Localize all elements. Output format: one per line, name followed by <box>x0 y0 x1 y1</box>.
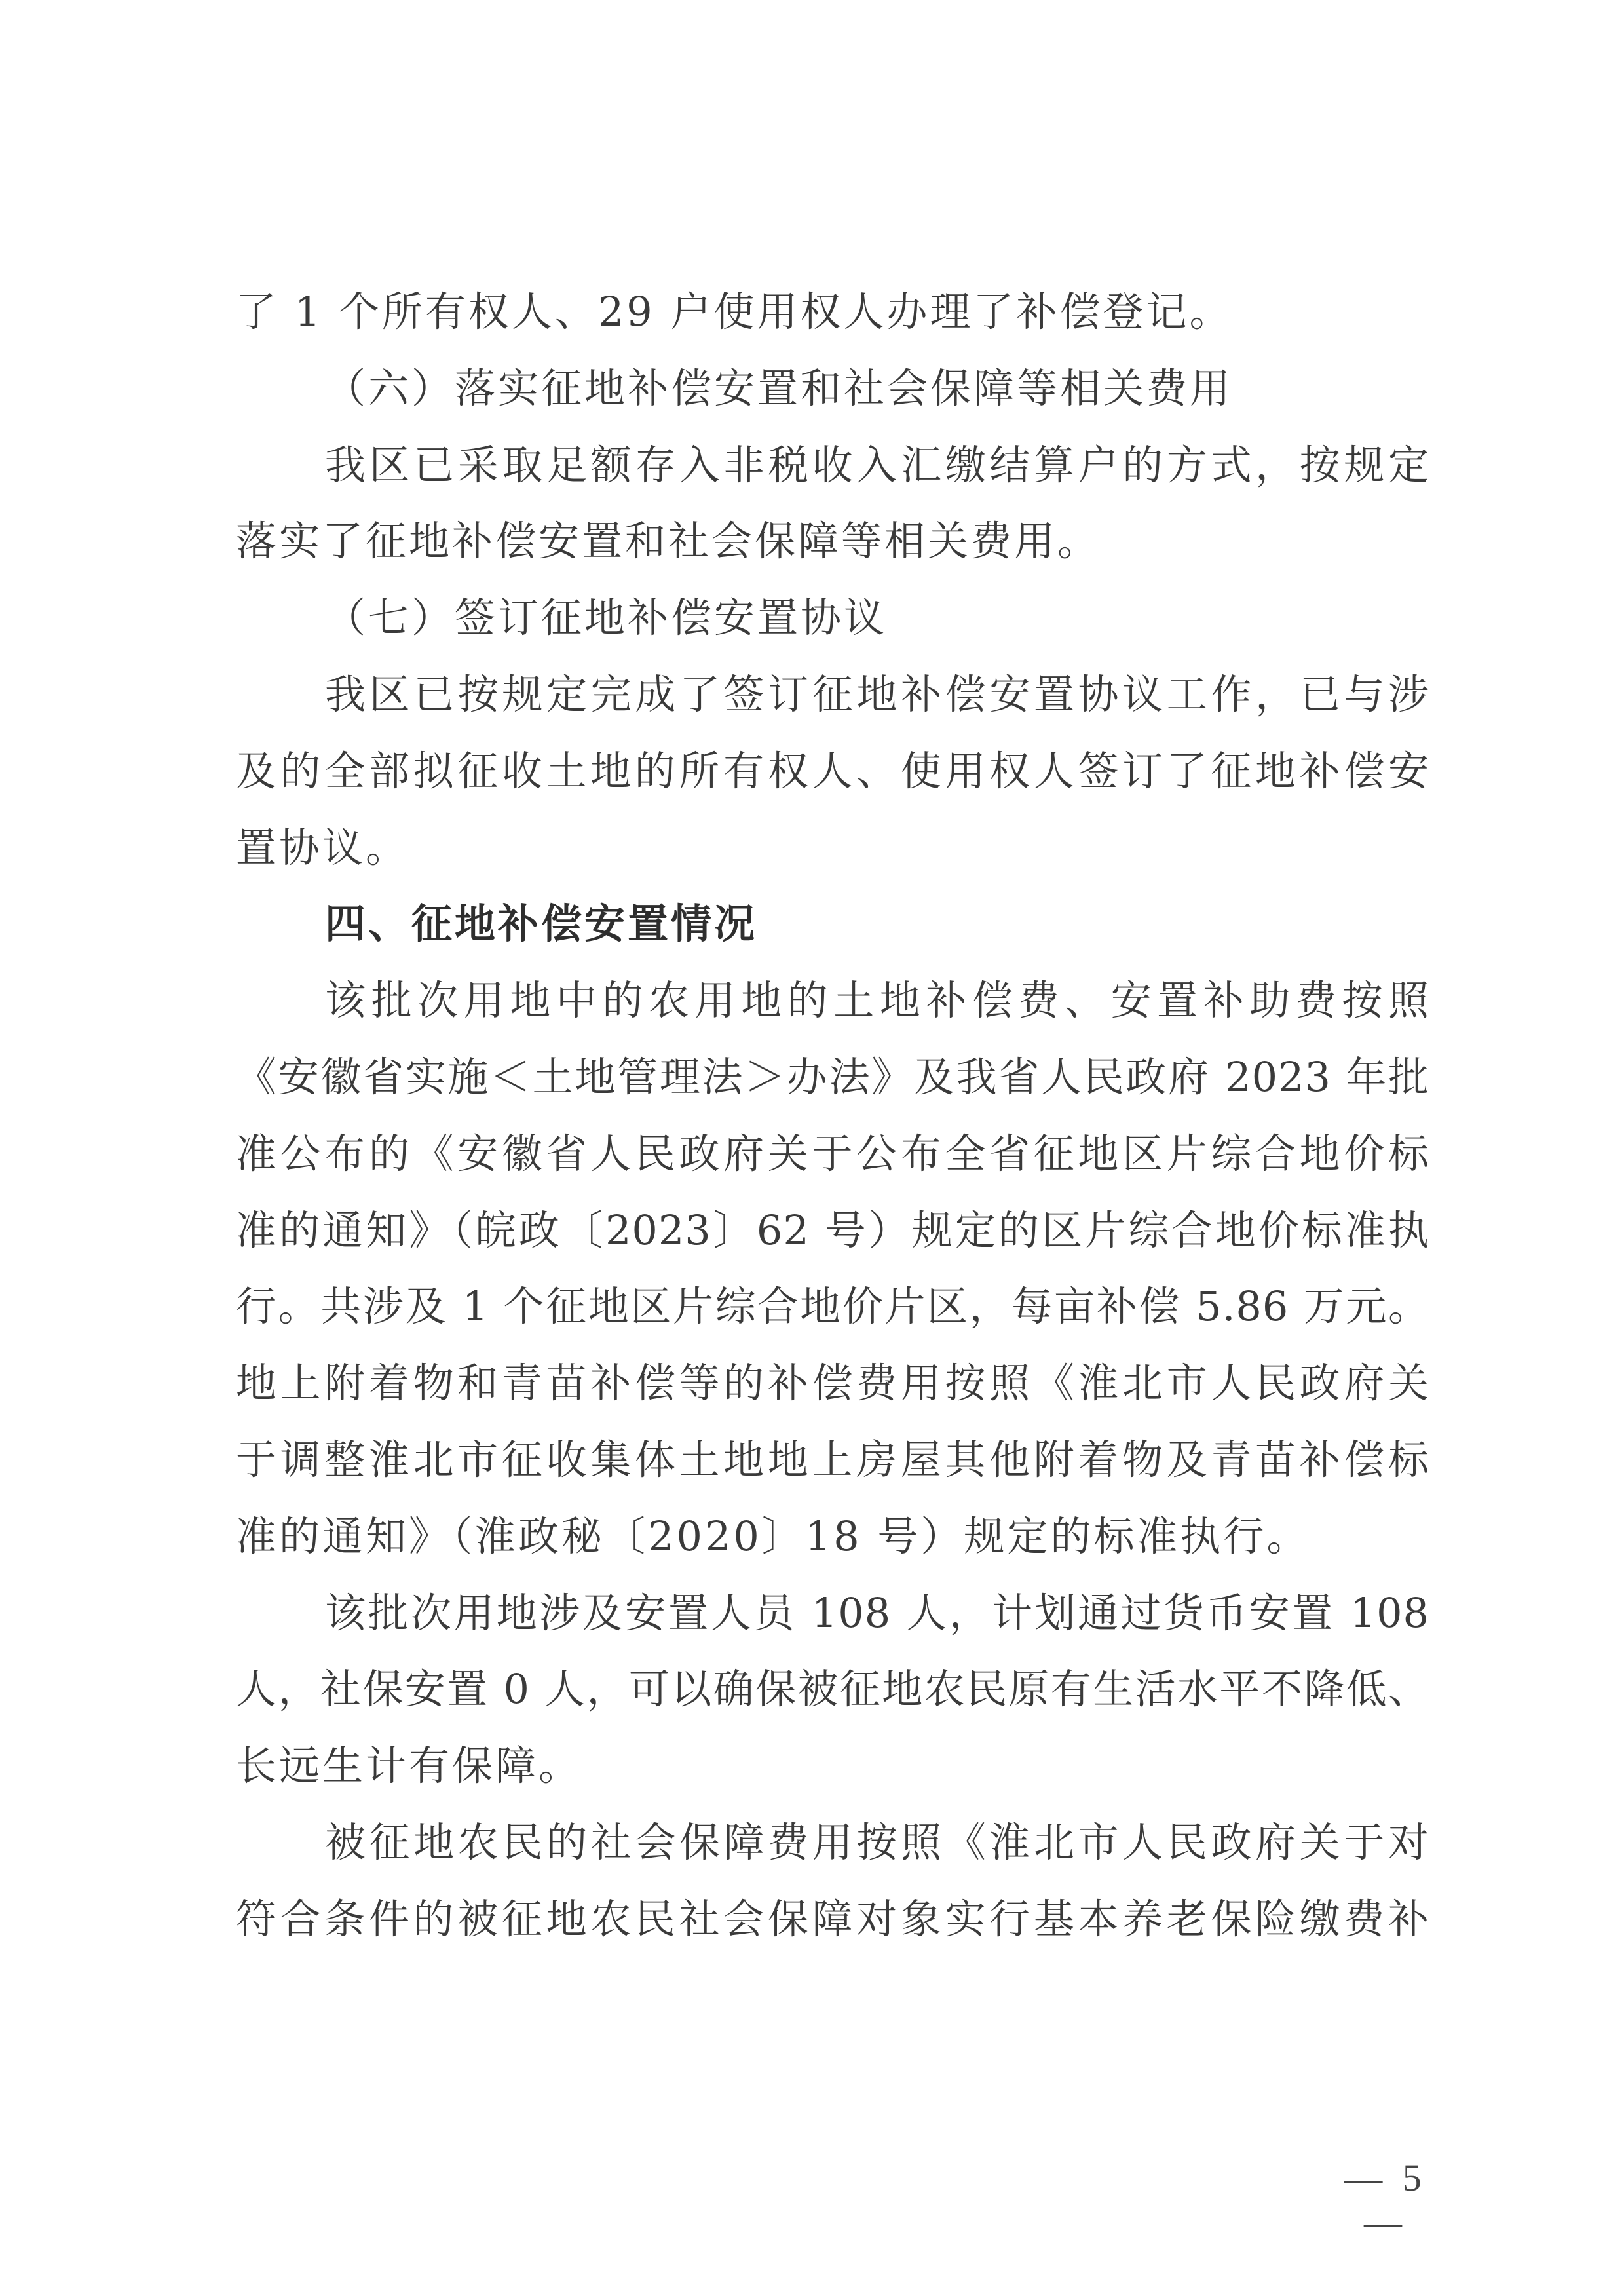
paragraph-line: 准的通知》（淮政秘〔2020〕18 号）规定的标准执行。 <box>236 1499 1429 1575</box>
document-body: 了 1 个所有权人、29 户使用权人办理了补偿登记。 （六）落实征地补偿安置和社… <box>236 274 1429 1958</box>
section-heading: 四、征地补偿安置情况 <box>236 886 1429 963</box>
paragraph-line: 被征地农民的社会保障费用按照《淮北市人民政府关于对 <box>236 1805 1429 1881</box>
paragraph-line: 《安徽省实施＜土地管理法＞办法》及我省人民政府 2023 年批 <box>236 1039 1429 1116</box>
paragraph-line: 置协议。 <box>236 810 1429 887</box>
subheading-six: （六）落实征地补偿安置和社会保障等相关费用 <box>236 351 1429 427</box>
paragraph-line: 我区已采取足额存入非税收入汇缴结算户的方式，按规定 <box>236 427 1429 504</box>
paragraph-line: 落实了征地补偿安置和社会保障等相关费用。 <box>236 503 1429 580</box>
paragraph-line: 地上附着物和青苗补偿等的补偿费用按照《淮北市人民政府关 <box>236 1345 1429 1422</box>
paragraph-line: 人，社保安置 0 人，可以确保被征地农民原有生活水平不降低、 <box>236 1651 1429 1728</box>
paragraph-line: 了 1 个所有权人、29 户使用权人办理了补偿登记。 <box>236 274 1429 351</box>
paragraph-line: 符合条件的被征地农民社会保障对象实行基本养老保险缴费补 <box>236 1881 1429 1958</box>
paragraph-line: 准公布的《安徽省人民政府关于公布全省征地区片综合地价标 <box>236 1116 1429 1193</box>
paragraph-line: 我区已按规定完成了签订征地补偿安置协议工作，已与涉 <box>236 657 1429 733</box>
subheading-seven: （七）签订征地补偿安置协议 <box>236 580 1429 657</box>
paragraph-line: 长远生计有保障。 <box>236 1728 1429 1805</box>
paragraph-line: 行。共涉及 1 个征地区片综合地价片区，每亩补偿 5.86 万元。 <box>236 1269 1429 1345</box>
paragraph-line: 于调整淮北市征收集体土地地上房屋其他附着物及青苗补偿标 <box>236 1422 1429 1499</box>
paragraph-line: 该批次用地涉及安置人员 108 人，计划通过货币安置 108 <box>236 1575 1429 1652</box>
paragraph-line: 准的通知》（皖政〔2023〕62 号）规定的区片综合地价标准执 <box>236 1193 1429 1269</box>
paragraph-line: 及的全部拟征收土地的所有权人、使用权人签订了征地补偿安 <box>236 733 1429 810</box>
page-number: — 5 — <box>1330 2156 1441 2244</box>
paragraph-line: 该批次用地中的农用地的土地补偿费、安置补助费按照 <box>236 963 1429 1039</box>
